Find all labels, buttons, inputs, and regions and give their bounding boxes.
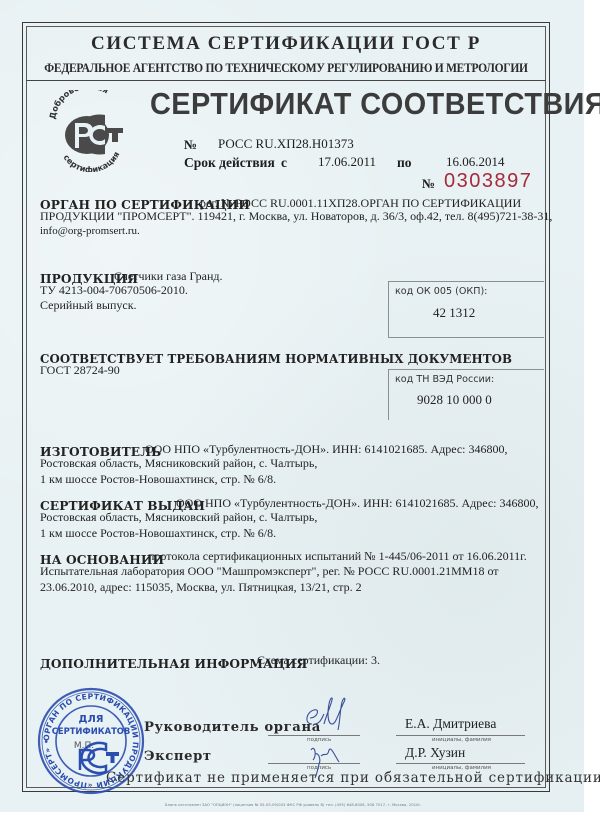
tnved-code-label: код ТН ВЭД России: [395,374,494,385]
agency-title: ФЕДЕРАЛЬНОЕ АГЕНТСТВО ПО ТЕХНИЧЕСКОМУ РЕ… [44,61,528,76]
tnved-code-value: 9028 10 000 0 [417,392,492,408]
certificate-number: РОСС RU.ХП28.Н01373 [218,136,354,152]
head-name-line [396,735,525,736]
number-sign: № [184,137,197,153]
head-of-body-label: Руководитель органа [144,720,321,735]
blank-serial-number: 0303897 [444,170,532,193]
head-of-body-name: Е.А. Дмитриева [405,716,496,732]
expert-label: Эксперт [144,749,212,764]
issued-to-line2: Ростовская область, Мясниковский район, … [40,509,317,526]
header-divider [26,80,546,81]
rst-mark-icon: Добровольная сертификация [45,90,131,172]
product-production-type: Серийный выпуск. [40,297,137,314]
svg-text:СЕРТИФИКАТОВ: СЕРТИФИКАТОВ [52,726,131,736]
printer-info: Бланк изготовлен ЗАО "ОПЦИОН" (лицензия … [165,803,422,807]
validity-to-label: по [397,155,412,171]
valid-from-date: 17.06.2011 [318,154,376,170]
certificate-page: СИСТЕМА СЕРТИФИКАЦИИ ГОСТ Р ФЕДЕРАЛЬНОЕ … [0,0,584,812]
svg-text:ДЛЯ: ДЛЯ [79,714,104,725]
additional-info-text: Схема сертификации: 3. [257,652,380,669]
basis-line2: Испытательная лаборатория ООО "Машпромэк… [40,563,499,580]
certification-system-title: СИСТЕМА СЕРТИФИКАЦИИ ГОСТ Р [26,33,546,55]
expert-name: Д.Р. Хузин [405,745,465,761]
okp-code-label: код ОК 005 (ОКП): [395,286,487,297]
expert-name-line [396,763,525,764]
blank-number-sign: № [422,176,435,192]
tnved-code-box: код ТН ВЭД России: 9028 10 000 0 [388,369,544,420]
head-signature-icon [300,694,360,739]
validity-from-label: с [281,155,287,171]
validity-label: Срок действия [184,155,275,171]
certification-body-email: info@org-promsert.ru. [40,223,140,240]
okp-code-box: код ОК 005 (ОКП): 42 1312 [388,281,544,338]
valid-to-date: 16.06.2014 [446,154,505,170]
compliance-standard: ГОСТ 28724-90 [40,362,120,379]
voluntary-certification-note: Сертификат не применяется при обязательн… [106,770,600,786]
head-name-caption: инициалы, фамилия [432,737,491,743]
manufacturer-line3: 1 км шоссе Ростов-Новошахтинск, стр. № 6… [40,471,276,488]
issued-to-line3: 1 км шоссе Ростов-Новошахтинск, стр. № 6… [40,525,276,542]
okp-code-value: 42 1312 [433,305,475,321]
basis-line3: 23.06.2010, адрес: 115035, Москва, ул. П… [40,579,362,596]
manufacturer-line2: Ростовская область, Мясниковский район, … [40,455,317,472]
document-title: СЕРТИФИКАТ СООТВЕТСТВИЯ [150,86,600,122]
